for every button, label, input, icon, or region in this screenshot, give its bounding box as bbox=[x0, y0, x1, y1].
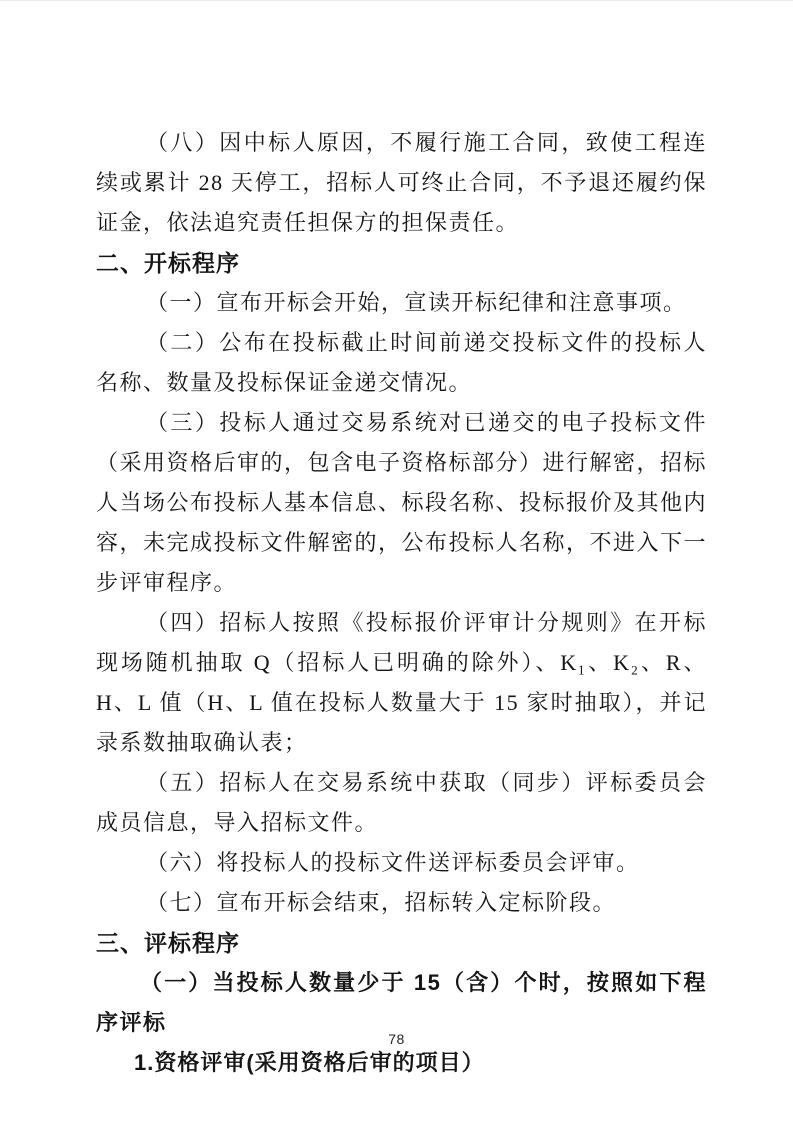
document-content: （八）因中标人原因，不履行施工合同，致使工程连续或累计 28 天停工，招标人可终… bbox=[96, 123, 707, 1083]
para-2-5: （五）招标人在交易系统中获取（同步）评标委员会成员信息，导入招标文件。 bbox=[96, 763, 707, 843]
para-2-4: （四）招标人按照《投标报价评审计分规则》在开标现场随机抽取 Q（招标人已明确的除… bbox=[96, 603, 707, 763]
document-page: （八）因中标人原因，不履行施工合同，致使工程连续或累计 28 天停工，招标人可终… bbox=[0, 0, 793, 1122]
heading-section-3-evaluation-procedure: 三、评标程序 bbox=[96, 923, 707, 963]
para-2-6: （六）将投标人的投标文件送评标委员会评审。 bbox=[96, 843, 707, 883]
page-number: 78 bbox=[0, 1031, 793, 1047]
para-2-3: （三）投标人通过交易系统对已递交的电子投标文件（采用资格后审的，包含电子资格标部… bbox=[96, 403, 707, 603]
para-3-1-1-qualification-review: 1.资格评审(采用资格后审的项目） bbox=[96, 1043, 707, 1083]
para-2-7: （七）宣布开标会结束，招标转入定标阶段。 bbox=[96, 883, 707, 923]
heading-section-2-opening-procedure: 二、开标程序 bbox=[96, 243, 707, 283]
para-2-2: （二）公布在投标截止时间前递交投标文件的投标人名称、数量及投标保证金递交情况。 bbox=[96, 323, 707, 403]
para-2-1: （一）宣布开标会开始，宣读开标纪律和注意事项。 bbox=[96, 283, 707, 323]
para-1-8: （八）因中标人原因，不履行施工合同，致使工程连续或累计 28 天停工，招标人可终… bbox=[96, 123, 707, 243]
